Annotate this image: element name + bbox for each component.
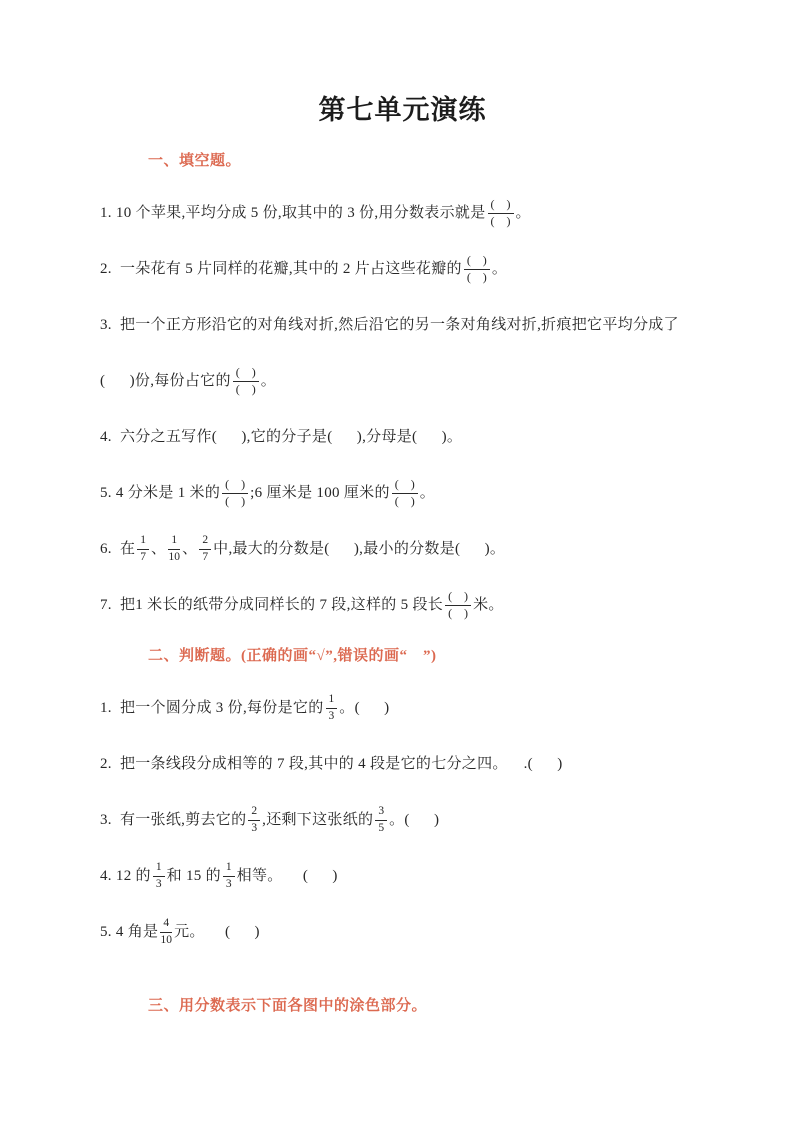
question-text: 3. 有一张纸,剪去它的 (100, 810, 246, 831)
question-1-7: 7. 把1 米长的纸带分成同样长的 7 段,这样的 5 段长( )( )米。 (100, 588, 705, 622)
question-text: 中,最大的分数是( ),最小的分数是( )。 (213, 539, 505, 560)
section-2-heading: 二、判断题。(正确的画“√”,错误的画“ ”) (148, 644, 705, 665)
numerator: ( ) (464, 254, 490, 270)
denominator: 3 (329, 709, 335, 723)
denominator: 10 (160, 933, 172, 947)
question-line: 1. 把一个圆分成 3 份,每份是它的13。( ) (100, 691, 705, 725)
denominator: ( ) (236, 382, 256, 397)
denominator: 3 (156, 877, 162, 891)
numerator: ( ) (445, 590, 471, 606)
question-text: 、 (151, 539, 166, 560)
question-text: ;6 厘米是 100 厘米的 (250, 483, 390, 504)
question-line: 3. 有一张纸,剪去它的23,还剩下这张纸的35。( ) (100, 803, 705, 837)
question-text: 、 (182, 539, 197, 560)
question-text: 1. 把一个圆分成 3 份,每份是它的 (100, 698, 324, 719)
numerator: 1 (153, 861, 165, 876)
fraction: 13 (326, 693, 338, 722)
question-text: 。 (492, 259, 507, 280)
question-text: 相等。 ( ) (237, 866, 338, 887)
question-text: 。( ) (339, 698, 389, 719)
denominator: ( ) (467, 270, 487, 285)
fraction: 35 (375, 805, 387, 834)
question-2-4: 4. 12 的13和 15 的13相等。 ( ) (100, 859, 705, 893)
question-line: 7. 把1 米长的纸带分成同样长的 7 段,这样的 5 段长( )( )米。 (100, 588, 705, 622)
question-2-2: 2. 把一条线段分成相等的 7 段,其中的 4 段是它的七分之四。 .( ) (100, 747, 705, 781)
question-line: 5. 4 角是410元。 ( ) (100, 915, 705, 949)
question-text: ( )份,每份占它的 (100, 371, 231, 392)
question-line: 4. 六分之五写作( ),它的分子是( ),分母是( )。 (100, 420, 705, 454)
question-text: 4. 六分之五写作( ),它的分子是( ),分母是( )。 (100, 427, 462, 448)
numerator: ( ) (222, 478, 248, 494)
page-title: 第七单元演练 (100, 88, 705, 127)
question-text: 2. 把一条线段分成相等的 7 段,其中的 4 段是它的七分之四。 .( ) (100, 754, 563, 775)
question-line: ( )份,每份占它的( )( )。 (100, 364, 705, 398)
sections-container: 一、填空题。1. 10 个苹果,平均分成 5 份,取其中的 3 份,用分数表示就… (100, 149, 705, 1015)
section-1: 一、填空题。1. 10 个苹果,平均分成 5 份,取其中的 3 份,用分数表示就… (100, 149, 705, 622)
question-2-1: 1. 把一个圆分成 3 份,每份是它的13。( ) (100, 691, 705, 725)
question-text: 5. 4 角是 (100, 922, 158, 943)
blank-fraction: ( )( ) (233, 366, 259, 397)
question-1-6: 6. 在17、110、27中,最大的分数是( ),最小的分数是( )。 (100, 532, 705, 566)
question-2-5: 5. 4 角是410元。 ( ) (100, 915, 705, 949)
question-1-2: 2. 一朵花有 5 片同样的花瓣,其中的 2 片占这些花瓣的( )( )。 (100, 252, 705, 286)
denominator: ( ) (395, 494, 415, 509)
denominator: 7 (140, 550, 146, 564)
blank-fraction: ( )( ) (222, 478, 248, 509)
numerator: 2 (248, 805, 260, 820)
numerator: 1 (223, 861, 235, 876)
question-text: ,还剩下这张纸的 (262, 810, 373, 831)
question-text: 1. 10 个苹果,平均分成 5 份,取其中的 3 份,用分数表示就是 (100, 203, 486, 224)
denominator: ( ) (448, 606, 468, 621)
section-3: 三、用分数表示下面各图中的涂色部分。 (100, 994, 705, 1015)
question-text: 4. 12 的 (100, 866, 151, 887)
worksheet-page: 第七单元演练 一、填空题。1. 10 个苹果,平均分成 5 份,取其中的 3 份… (0, 0, 793, 1122)
blank-fraction: ( )( ) (488, 198, 514, 229)
question-text: 和 15 的 (167, 866, 221, 887)
fraction: 23 (248, 805, 260, 834)
section-3-heading: 三、用分数表示下面各图中的涂色部分。 (148, 994, 705, 1015)
section-2: 二、判断题。(正确的画“√”,错误的画“ ”)1. 把一个圆分成 3 份,每份是… (100, 644, 705, 949)
numerator: ( ) (488, 198, 514, 214)
denominator: 5 (378, 821, 384, 835)
question-line: 4. 12 的13和 15 的13相等。 ( ) (100, 859, 705, 893)
question-text: 米。 (473, 595, 504, 616)
question-line: 1. 10 个苹果,平均分成 5 份,取其中的 3 份,用分数表示就是( )( … (100, 196, 705, 230)
question-text: 7. 把1 米长的纸带分成同样长的 7 段,这样的 5 段长 (100, 595, 443, 616)
denominator: 3 (226, 877, 232, 891)
blank-fraction: ( )( ) (445, 590, 471, 621)
numerator: 3 (375, 805, 387, 820)
denominator: 3 (251, 821, 257, 835)
question-line: 5. 4 分米是 1 米的( )( );6 厘米是 100 厘米的( )( )。 (100, 476, 705, 510)
question-line: 6. 在17、110、27中,最大的分数是( ),最小的分数是( )。 (100, 532, 705, 566)
question-text: 。 (261, 371, 276, 392)
blank-fraction: ( )( ) (464, 254, 490, 285)
question-text: 5. 4 分米是 1 米的 (100, 483, 220, 504)
question-text: 。 (516, 203, 531, 224)
numerator: ( ) (233, 366, 259, 382)
fraction: 410 (160, 917, 172, 946)
numerator: 1 (168, 534, 180, 549)
question-2-3: 3. 有一张纸,剪去它的23,还剩下这张纸的35。( ) (100, 803, 705, 837)
question-text: 。 (420, 483, 435, 504)
fraction: 27 (199, 534, 211, 563)
question-text: 。( ) (389, 810, 439, 831)
question-1-3: 3. 把一个正方形沿它的对角线对折,然后沿它的另一条对角线对折,折痕把它平均分成… (100, 308, 705, 398)
numerator: ( ) (392, 478, 418, 494)
denominator: 7 (202, 550, 208, 564)
fraction: 17 (137, 534, 149, 563)
question-line: 2. 一朵花有 5 片同样的花瓣,其中的 2 片占这些花瓣的( )( )。 (100, 252, 705, 286)
numerator: 1 (326, 693, 338, 708)
question-text: 3. 把一个正方形沿它的对角线对折,然后沿它的另一条对角线对折,折痕把它平均分成… (100, 315, 679, 336)
fraction: 13 (223, 861, 235, 890)
question-1-5: 5. 4 分米是 1 米的( )( );6 厘米是 100 厘米的( )( )。 (100, 476, 705, 510)
question-line: 3. 把一个正方形沿它的对角线对折,然后沿它的另一条对角线对折,折痕把它平均分成… (100, 308, 705, 342)
denominator: ( ) (225, 494, 245, 509)
fraction: 110 (168, 534, 180, 563)
question-1-1: 1. 10 个苹果,平均分成 5 份,取其中的 3 份,用分数表示就是( )( … (100, 196, 705, 230)
section-1-heading: 一、填空题。 (148, 149, 705, 170)
denominator: 10 (168, 550, 180, 564)
numerator: 4 (160, 917, 172, 932)
blank-fraction: ( )( ) (392, 478, 418, 509)
numerator: 1 (137, 534, 149, 549)
fraction: 13 (153, 861, 165, 890)
question-1-4: 4. 六分之五写作( ),它的分子是( ),分母是( )。 (100, 420, 705, 454)
numerator: 2 (199, 534, 211, 549)
question-text: 2. 一朵花有 5 片同样的花瓣,其中的 2 片占这些花瓣的 (100, 259, 462, 280)
question-text: 元。 ( ) (174, 922, 260, 943)
question-text: 6. 在 (100, 539, 135, 560)
denominator: ( ) (491, 214, 511, 229)
question-line: 2. 把一条线段分成相等的 7 段,其中的 4 段是它的七分之四。 .( ) (100, 747, 705, 781)
